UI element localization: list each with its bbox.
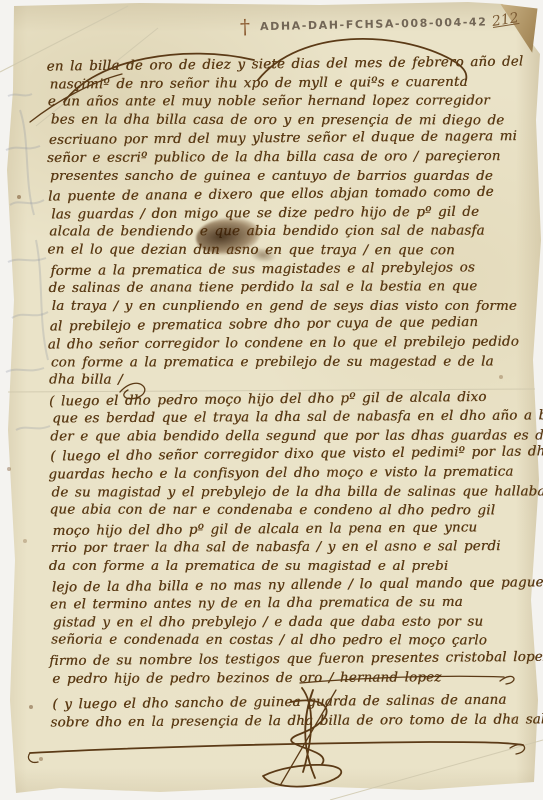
manuscript-line: sobre dho en la presençia de la dha bill… <box>50 711 530 733</box>
manuscript-line: que abia con de nar e condenaba e conden… <box>49 502 529 522</box>
manuscript-line: de salinas de anana tiene perdido la sal… <box>49 278 529 299</box>
manuscript-line: rrio por traer la dha sal de nabasfa / y… <box>51 538 531 559</box>
manuscript-line: en el lo que dezian dun asno en que tray… <box>47 241 527 261</box>
manuscript-line: e pedro hijo de pedro bezinos de oro / h… <box>52 669 532 690</box>
scanned-document-page: † ADHA-DAH-FCHSA-008-004-42 212 en la bi… <box>0 0 543 800</box>
manuscript-line: señoria e condenada en costas / al dho p… <box>51 632 531 652</box>
manuscript-line: señor e escriº publico de la dha billa c… <box>47 148 527 169</box>
manuscript-paragraph: ( y luego el dho sancho de guinea guarda… <box>51 693 531 732</box>
cross-icon: † <box>240 16 250 36</box>
manuscript-paragraph: en la billa de oro de diez y siete dias … <box>49 55 530 392</box>
manuscript-line: guardas hecho e la confisyon del dho moç… <box>48 464 528 486</box>
manuscript-paragraph: ( luego el dho señor corregidor dixo que… <box>50 445 531 689</box>
manuscript-line: e un años ante el muy noble señor hernan… <box>48 93 528 113</box>
manuscript-line: alcala de bendiendo e que abia bendido ç… <box>49 223 529 243</box>
manuscript-line: que es berdad que el traya la dha sal de… <box>52 408 532 430</box>
manuscript-line: con forme a la prematica e prebilejo de … <box>51 353 531 373</box>
manuscript-line: da con forme a la prematica de su magist… <box>49 558 529 577</box>
manuscript-paragraph: ( luego el dho pedro moço hijo del dho p… <box>50 390 530 448</box>
manuscript-line: de su magistad y el prebylejo de la dha … <box>51 483 531 503</box>
manuscript-line: gistad y en el dho prebylejo / e dada qu… <box>53 613 533 633</box>
manuscript-line: al dho señor corregidor lo condene en lo… <box>48 333 528 355</box>
manuscript: en la billa de oro de diez y siete dias … <box>49 55 532 732</box>
manuscript-line: en el termino antes ny de en la dha prem… <box>50 594 530 616</box>
archive-code-text: ADHA-DAH-FCHSA-008-004-42 <box>260 15 488 33</box>
paper-specks <box>0 0 2 2</box>
manuscript-line: nasçimiº de nro señor ihu xpo de myll e … <box>50 73 530 95</box>
